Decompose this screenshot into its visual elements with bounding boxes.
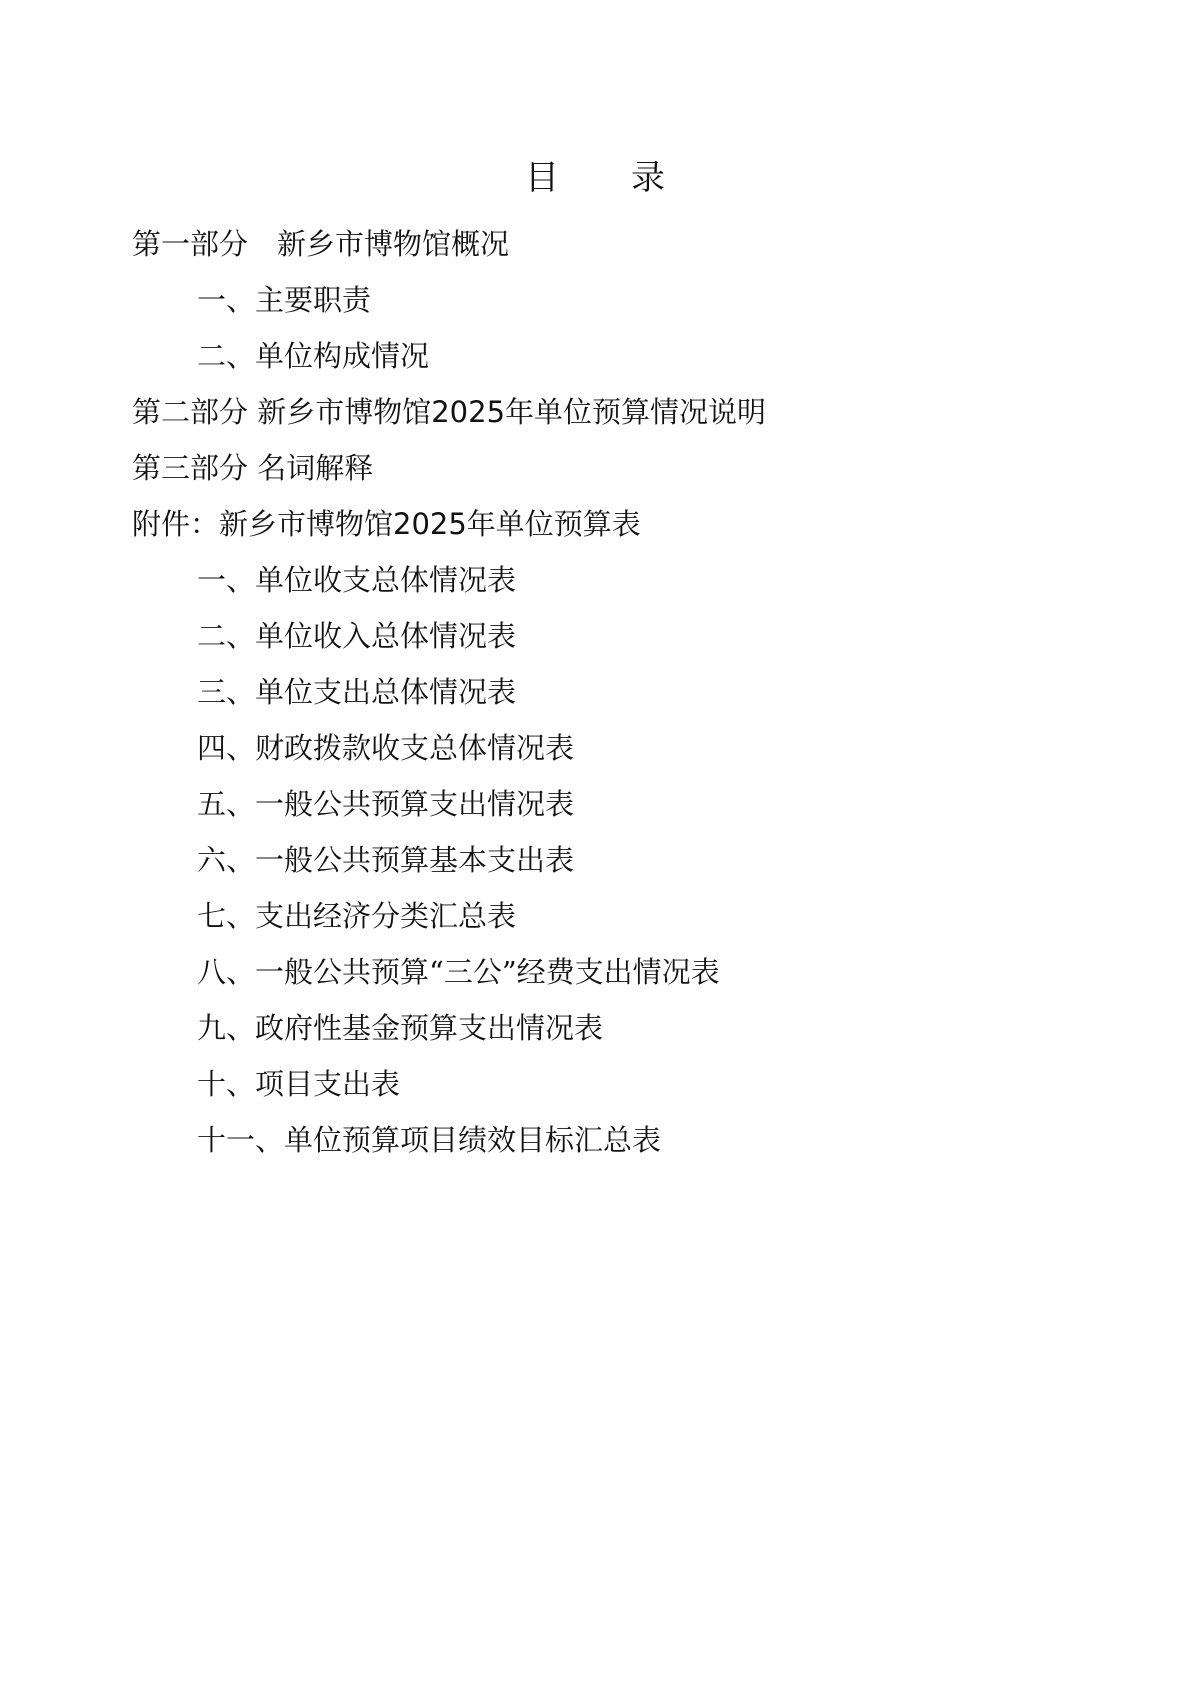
- toc-part-2[interactable]: 第二部分 新乡市博物馆2025年单位预算情况说明: [132, 390, 766, 431]
- title-char-left: 目: [525, 158, 559, 198]
- toc-table-10[interactable]: 十、项目支出表: [197, 1062, 400, 1103]
- title-char-right: 录: [631, 158, 665, 198]
- toc-table-5[interactable]: 五、一般公共预算支出情况表: [197, 782, 574, 823]
- toc-item-main-duties[interactable]: 一、主要职责: [197, 278, 371, 319]
- toc-table-11[interactable]: 十一、单位预算项目绩效目标汇总表: [197, 1118, 661, 1159]
- toc-table-9[interactable]: 九、政府性基金预算支出情况表: [197, 1006, 603, 1047]
- page-title: 目录: [0, 150, 1190, 199]
- toc-table-6[interactable]: 六、一般公共预算基本支出表: [197, 838, 574, 879]
- toc-table-2[interactable]: 二、单位收入总体情况表: [197, 614, 516, 655]
- toc-part-1[interactable]: 第一部分 新乡市博物馆概况: [132, 222, 509, 263]
- toc-table-7[interactable]: 七、支出经济分类汇总表: [197, 894, 516, 935]
- toc-table-4[interactable]: 四、财政拨款收支总体情况表: [197, 726, 574, 767]
- toc-appendix[interactable]: 附件：新乡市博物馆2025年单位预算表: [132, 502, 641, 543]
- toc-table-3[interactable]: 三、单位支出总体情况表: [197, 670, 516, 711]
- toc-part-3[interactable]: 第三部分 名词解释: [132, 446, 373, 487]
- toc-item-unit-composition[interactable]: 二、单位构成情况: [197, 334, 429, 375]
- toc-table-8[interactable]: 八、一般公共预算“三公”经费支出情况表: [197, 950, 720, 991]
- toc-table-1[interactable]: 一、单位收支总体情况表: [197, 558, 516, 599]
